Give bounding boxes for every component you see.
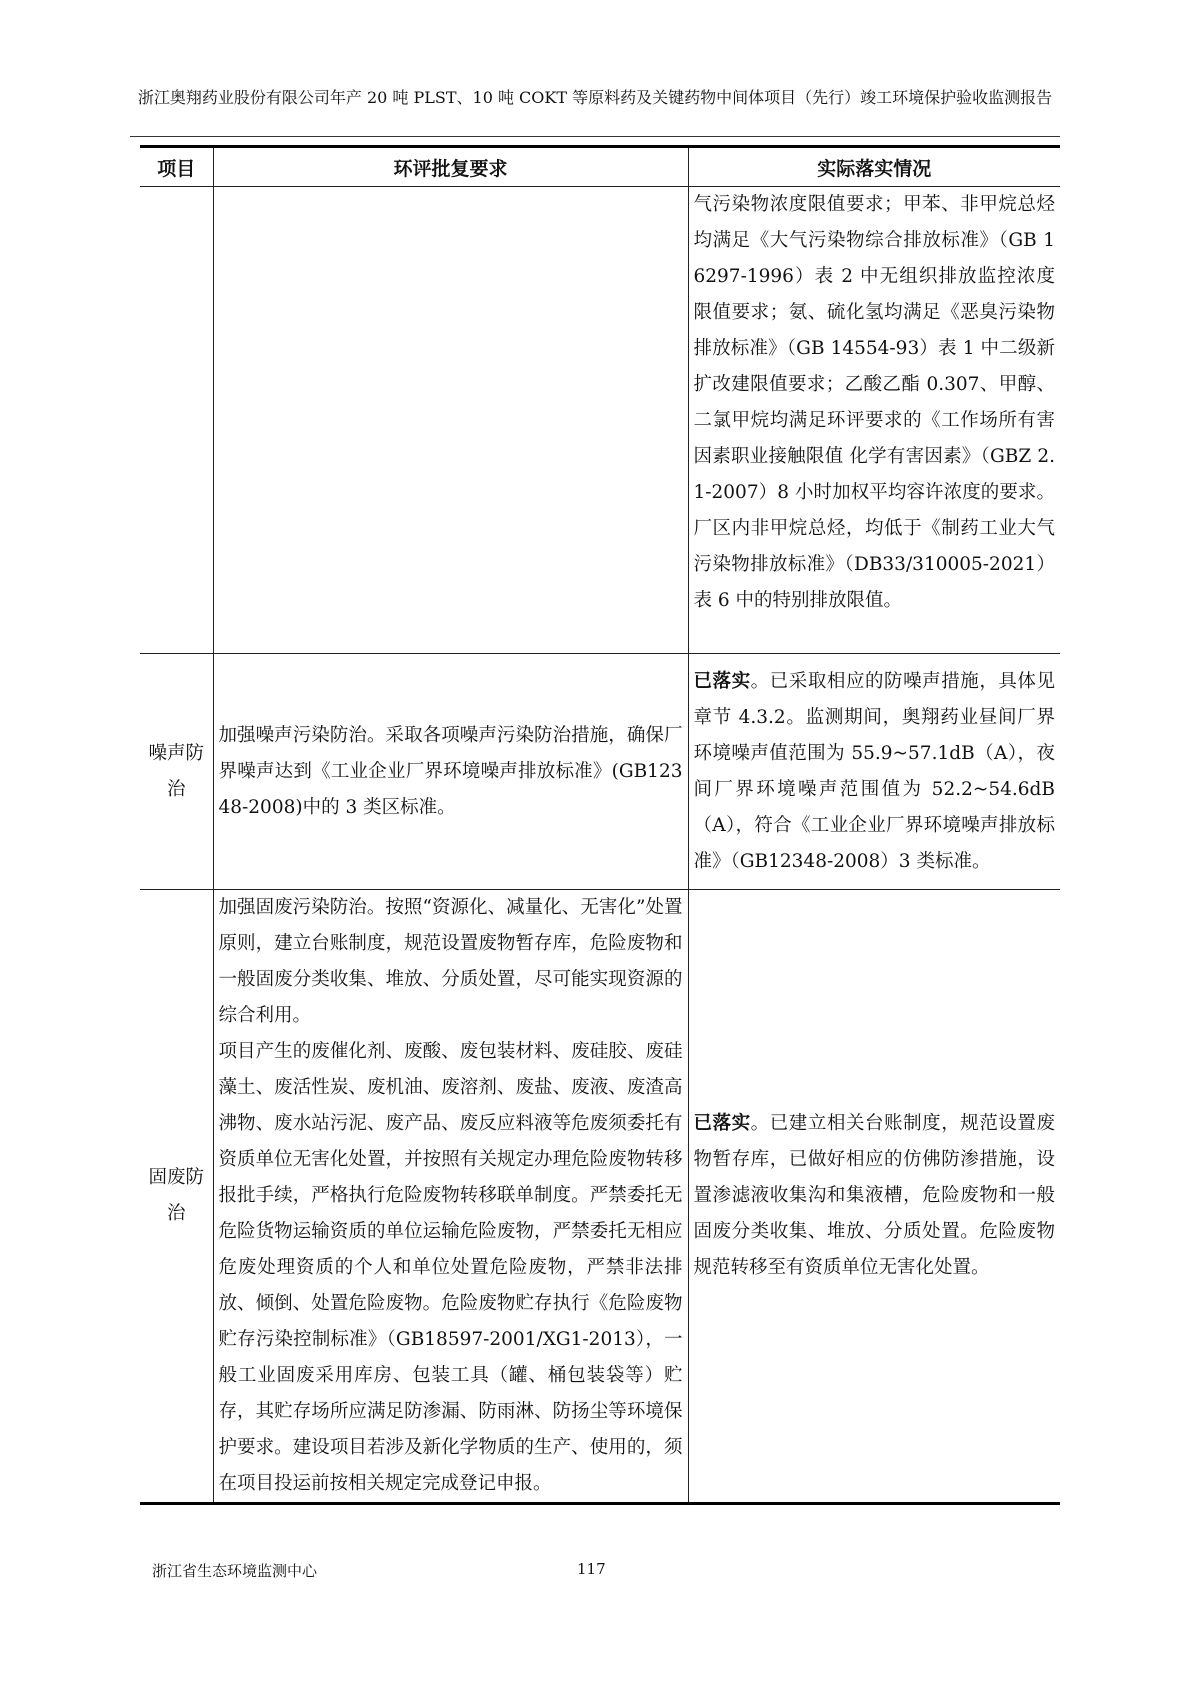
column-header-item: 项目 (140, 147, 213, 187)
row-implementation: 气污染物浓度限值要求；甲苯、非甲烷总烃均满足《大气污染物综合排放标准》（GB 1… (688, 187, 1060, 654)
row-requirement (213, 187, 688, 654)
column-header-requirement: 环评批复要求 (213, 147, 688, 187)
row-requirement: 加强固废污染防治。按照“资源化、减量化、无害化”处置原则，建立台账制度，规范设置… (213, 890, 688, 1504)
row-category: 固废防治 (140, 890, 213, 1504)
header-divider (130, 136, 1060, 137)
implementation-text: 气污染物浓度限值要求；甲苯、非甲烷总烃均满足《大气污染物综合排放标准》（GB 1… (694, 194, 1056, 611)
category-label: 噪声防治 (148, 743, 204, 800)
status-label: 已落实 (694, 1113, 751, 1134)
page-header-title: 浙江奥翔药业股份有限公司年产 20 吨 PLST、10 吨 COKT 等原料药及… (130, 86, 1060, 110)
row-implementation: 已落实。已建立相关台账制度，规范设置废物暂存库，已做好相应的仿佛防渗措施，设置渗… (688, 890, 1060, 1504)
row-implementation: 已落实。已采取相应的防噪声措施，具体见章节 4.3.2。监测期间，奥翔药业昼间厂… (688, 654, 1060, 890)
compliance-table: 项目 环评批复要求 实际落实情况 气污染物浓度限值要求；甲苯、非甲烷总烃均满足《… (140, 145, 1060, 1505)
category-label: 固废防治 (148, 1167, 204, 1224)
column-header-implementation: 实际落实情况 (688, 147, 1060, 187)
page-number: 117 (577, 1560, 606, 1578)
implementation-text: 。已采取相应的防噪声措施，具体见章节 4.3.2。监测期间，奥翔药业昼间厂界环境… (694, 671, 1056, 872)
table-row-noise: 噪声防治 加强噪声污染防治。采取各项噪声污染防治措施，确保厂界噪声达到《工业企业… (140, 654, 1060, 890)
implementation-text: 。已建立相关台账制度，规范设置废物暂存库，已做好相应的仿佛防渗措施，设置渗滤液收… (694, 1113, 1056, 1278)
row-requirement: 加强噪声污染防治。采取各项噪声污染防治措施，确保厂界噪声达到《工业企业厂界环境噪… (213, 654, 688, 890)
status-label: 已落实 (694, 671, 751, 692)
table-row-air-continued: 气污染物浓度限值要求；甲苯、非甲烷总烃均满足《大气污染物综合排放标准》（GB 1… (140, 187, 1060, 654)
row-category (140, 187, 213, 654)
table-header-row: 项目 环评批复要求 实际落实情况 (140, 147, 1060, 187)
row-category: 噪声防治 (140, 654, 213, 890)
footer-organization: 浙江省生态环境监测中心 (152, 1560, 317, 1581)
table-row-solid-waste: 固废防治 加强固废污染防治。按照“资源化、减量化、无害化”处置原则，建立台账制度… (140, 890, 1060, 1504)
